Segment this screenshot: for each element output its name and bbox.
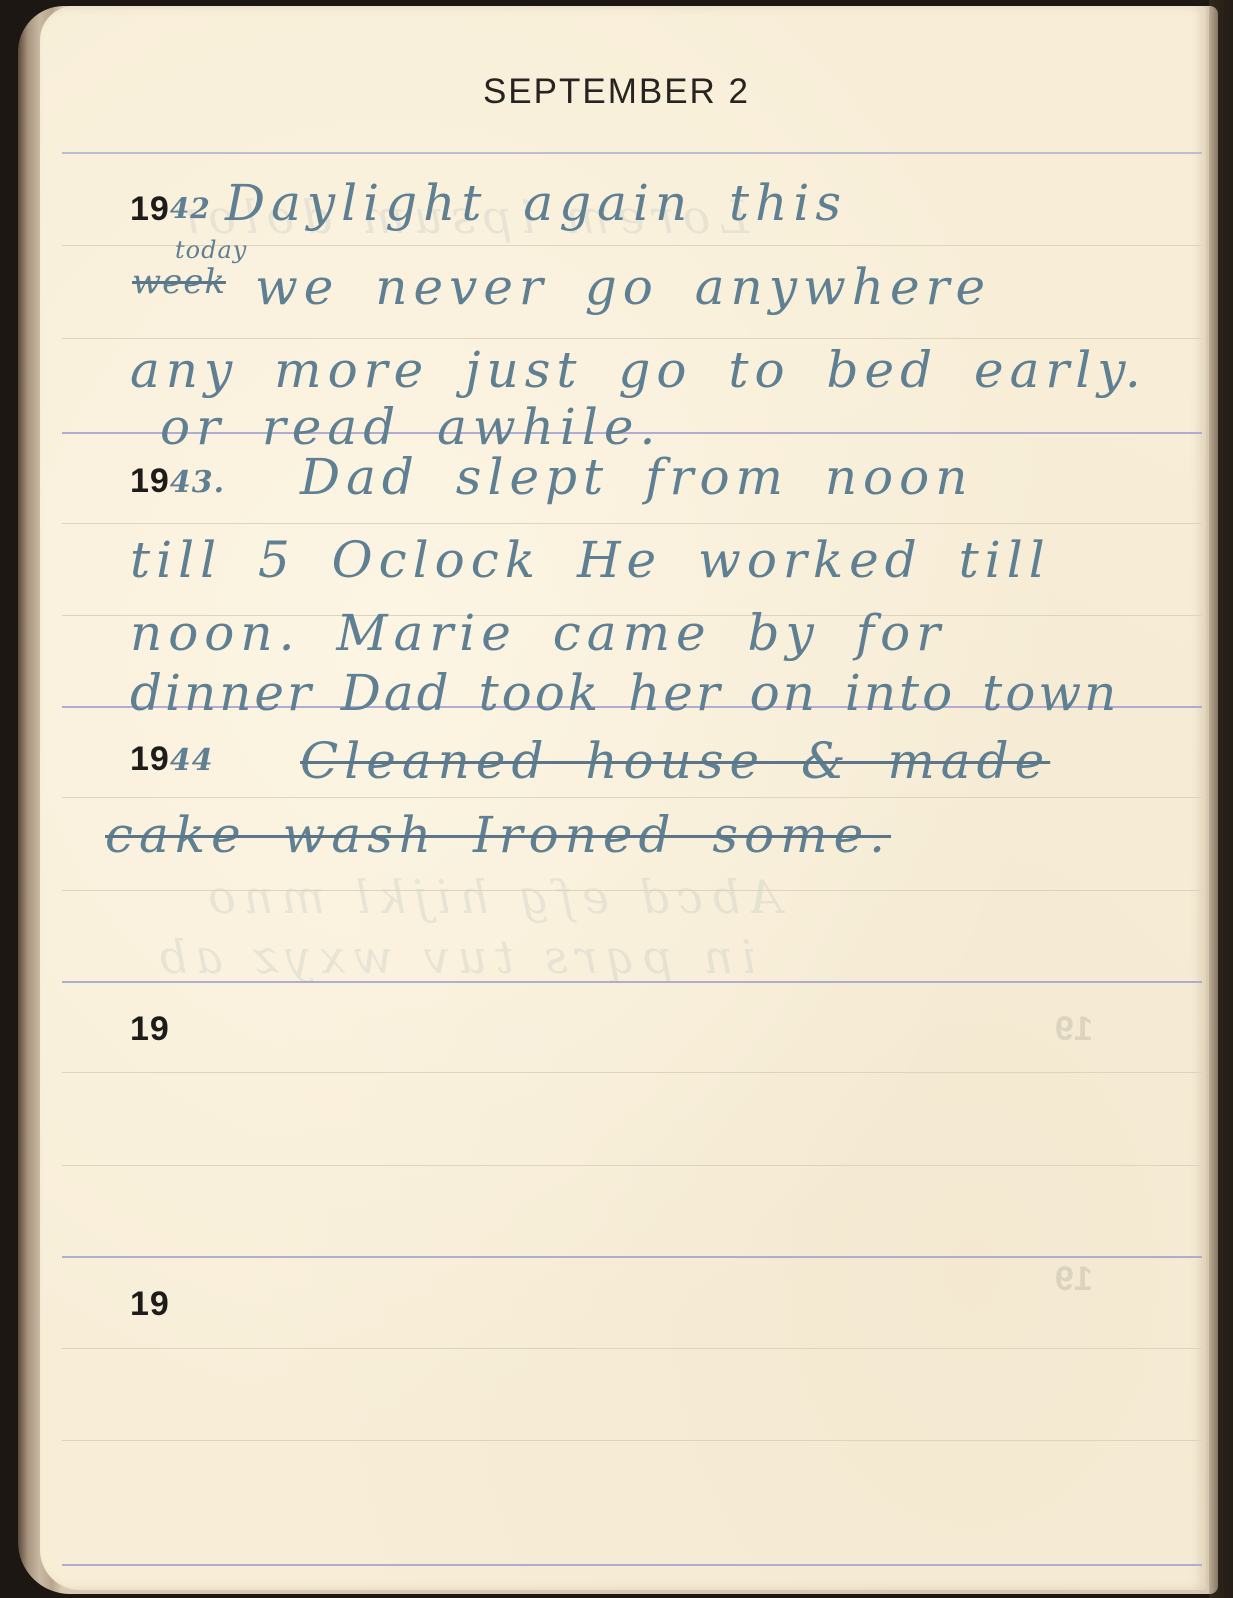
- ruled-line: [62, 1165, 1202, 1166]
- binding-shadow: [1209, 0, 1233, 1598]
- entry-line: any more just go to bed early.: [130, 345, 1147, 395]
- bleed-through-year: 19: [1055, 1010, 1093, 1049]
- ruled-line: [62, 797, 1202, 798]
- bleed-through-year: 19: [1055, 1260, 1093, 1299]
- inserted-word: today: [175, 238, 247, 262]
- ruled-line: [62, 1440, 1202, 1441]
- ruled-line: [62, 523, 1202, 524]
- section-rule: [62, 1564, 1202, 1566]
- entry-line-struck: Cleaned house & made: [300, 736, 1050, 786]
- year-suffix: 43.: [170, 465, 225, 500]
- bleed-through-text: in pqrs tuv wxyz ab: [150, 930, 756, 984]
- entry-line: Daylight again this: [225, 178, 847, 228]
- struck-word: week: [132, 265, 226, 299]
- entry-line: noon. Marie came by for: [130, 608, 946, 658]
- year-label: 19: [130, 1010, 170, 1049]
- year-label: 1944: [130, 740, 214, 779]
- ruled-line: [62, 338, 1202, 339]
- section-rule: [62, 981, 1202, 983]
- section-rule: [62, 152, 1202, 154]
- bleed-through-text: Abcd efg hijkl mno: [200, 870, 782, 924]
- entry-line: dinner Dad took her on into town: [130, 668, 1119, 718]
- year-label: 1943.: [130, 462, 225, 501]
- section-rule: [62, 1256, 1202, 1258]
- year-label: 19: [130, 1285, 170, 1324]
- year-suffix: 44: [170, 743, 214, 778]
- ruled-line: [62, 1072, 1202, 1073]
- entry-line: we never go anywhere: [255, 262, 991, 312]
- entry-line: or read awhile.: [160, 402, 661, 452]
- year-suffix: 42: [170, 192, 211, 225]
- year-label: 1942: [130, 190, 211, 229]
- entry-line: Dad slept from noon: [300, 452, 973, 502]
- ruled-line: [62, 1348, 1202, 1349]
- entry-line-struck: cake wash Ironed some.: [105, 810, 891, 860]
- entry-line: till 5 Oclock He worked till: [130, 535, 1051, 585]
- diary-photo: Lorem ipsum dolor Abcd efg hijkl mno in …: [0, 0, 1233, 1598]
- ruled-line: [62, 890, 1202, 891]
- date-heading: SEPTEMBER 2: [0, 72, 1233, 112]
